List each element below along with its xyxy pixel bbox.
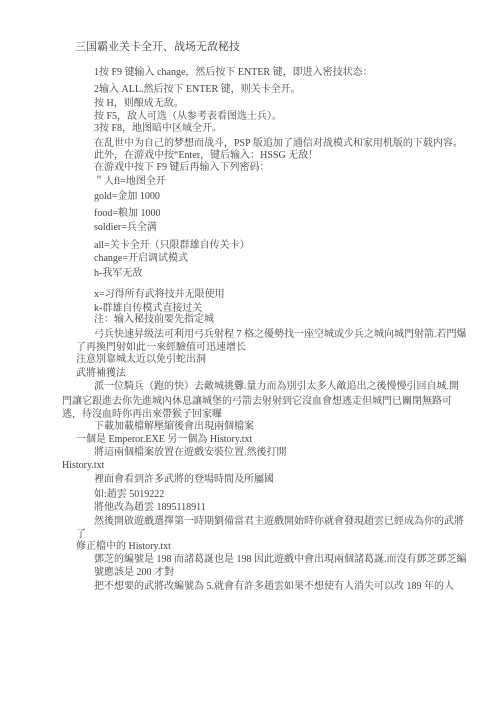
text-line: 了 — [76, 529, 86, 541]
text-line: 按 H，则酿成无敌。 — [94, 98, 184, 110]
text-line: 弓兵快速昇级法可利用弓兵射程 7 格之優勢找一座空城或少兵之城向城門射箭.若門爆 — [94, 329, 467, 341]
text-line: gold=金加 1000 — [94, 191, 160, 203]
text-line: 然後開啟遊戲選擇第一時期劉備當君主遊戲開始時你就會發現趙雲已經成為你的武將 — [94, 516, 464, 528]
text-line: food=粮加 1000 — [94, 208, 160, 220]
text-line: 下載加載檔解壓縮後會出現兩個檔案 — [94, 421, 254, 433]
text-line: 裡面會看到許多武將的登場時間及所屬國 — [94, 474, 274, 486]
text-line: 注意別靠城太近以免引蛇出洞 — [76, 354, 206, 366]
text-line: 武將補獲法 — [76, 368, 126, 380]
text-line: soldier=兵全满 — [94, 222, 157, 234]
document-title: 三国霸业关卡全开、战场无敌秘技 — [75, 41, 240, 54]
text-line: h-我军无敌 — [94, 268, 142, 280]
text-line: History.txt — [62, 460, 104, 472]
text-line: 注：输入秘技前要先指定城 — [94, 314, 214, 326]
text-line: change=开启调试模式 — [94, 253, 188, 265]
text-line: all=关卡全开（只限群雄自传关卡） — [94, 240, 250, 252]
text-line: x=习得所有武将技并无限使用 — [94, 289, 225, 301]
document-page: 三国霸业关卡全开、战场无敌秘技 1按 F9 键输入 change，然后按下 EN… — [0, 0, 500, 707]
text-line: 1按 F9 键输入 change，然后按下 ENTER 键，即进入密技状态： — [94, 67, 373, 79]
text-line: 派一位騎兵（跑的快）去敵城挑釁.量力而為別引太多人敵追出之後慢慢引回自城.開 — [94, 381, 459, 393]
text-line: 3按 F8，地图暗中区域全开。 — [94, 123, 222, 135]
text-line: 在乱世中为自己的梦想而战斗，PSP 版追加了通信对战模式和家用机版的下载内容。 — [94, 138, 463, 150]
text-line: 修正檔中的 History.txt — [76, 541, 171, 553]
text-line: 如:趙雲 5019222 — [94, 489, 164, 501]
text-line: 一個是 Emperor.EXE 另一個為 History.txt — [76, 434, 252, 446]
text-line: 按 F5，敌人可选（从参考表看图选士兵）。 — [94, 111, 282, 123]
text-line: 鄧芝的編號是 198 而諸葛誕也是 198 因此遊戲中會出現兩個諸葛誕.而沒有鄧… — [94, 554, 467, 566]
text-line: 將這兩個檔案放置在遊戲安裝位置.然後打開 — [94, 447, 287, 459]
text-line: 2输入 ALL.然后按下 ENTER 键，则关卡全开。 — [94, 84, 301, 96]
text-line: 把不想要的武將改編號為 5.就會有許多趙雲如果不想使有人消失可以改 189 年的… — [94, 581, 454, 593]
text-line: ＂人fl=地图全开 — [94, 176, 166, 188]
text-line: 了再換門射如此一來經驗值可迅速增长 — [76, 342, 246, 354]
text-line: 號應該是 200 才對 — [94, 567, 174, 579]
text-line: 將他改為趙雲 1895118911 — [94, 502, 206, 514]
text-line: 此外，在游戏中按“Enter，键后输入：HSSG 无敌！ — [94, 150, 318, 162]
text-line: 在游戏中按下 F9 键后再输入下列密码： — [94, 162, 270, 174]
text-line: 逃，待沒血時你再出來帶猴子回家囉 — [62, 409, 222, 421]
text-line: 門讓它跟進去你先進城內休息讓城堡的弓箭去射射到它沒血會想逃走但城門已關閉無路可 — [62, 396, 452, 408]
